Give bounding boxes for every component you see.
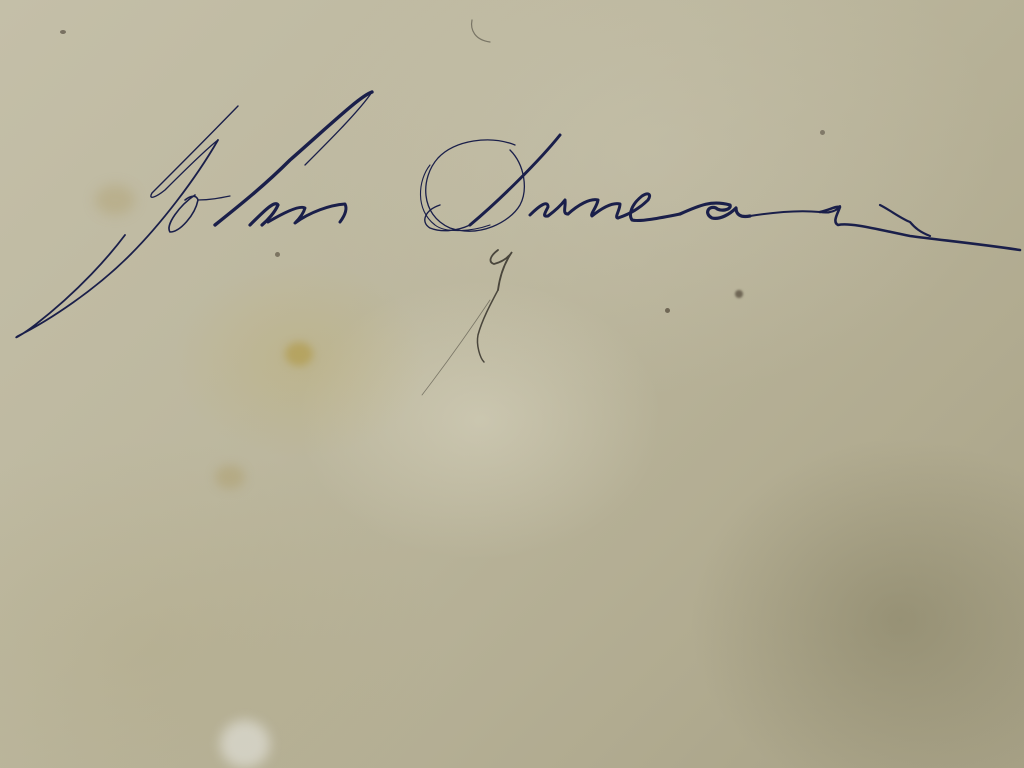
signature-drawing	[0, 0, 1024, 768]
ink-signature	[16, 92, 1020, 337]
aged-paper-photo: John Duncan 4	[0, 0, 1024, 768]
